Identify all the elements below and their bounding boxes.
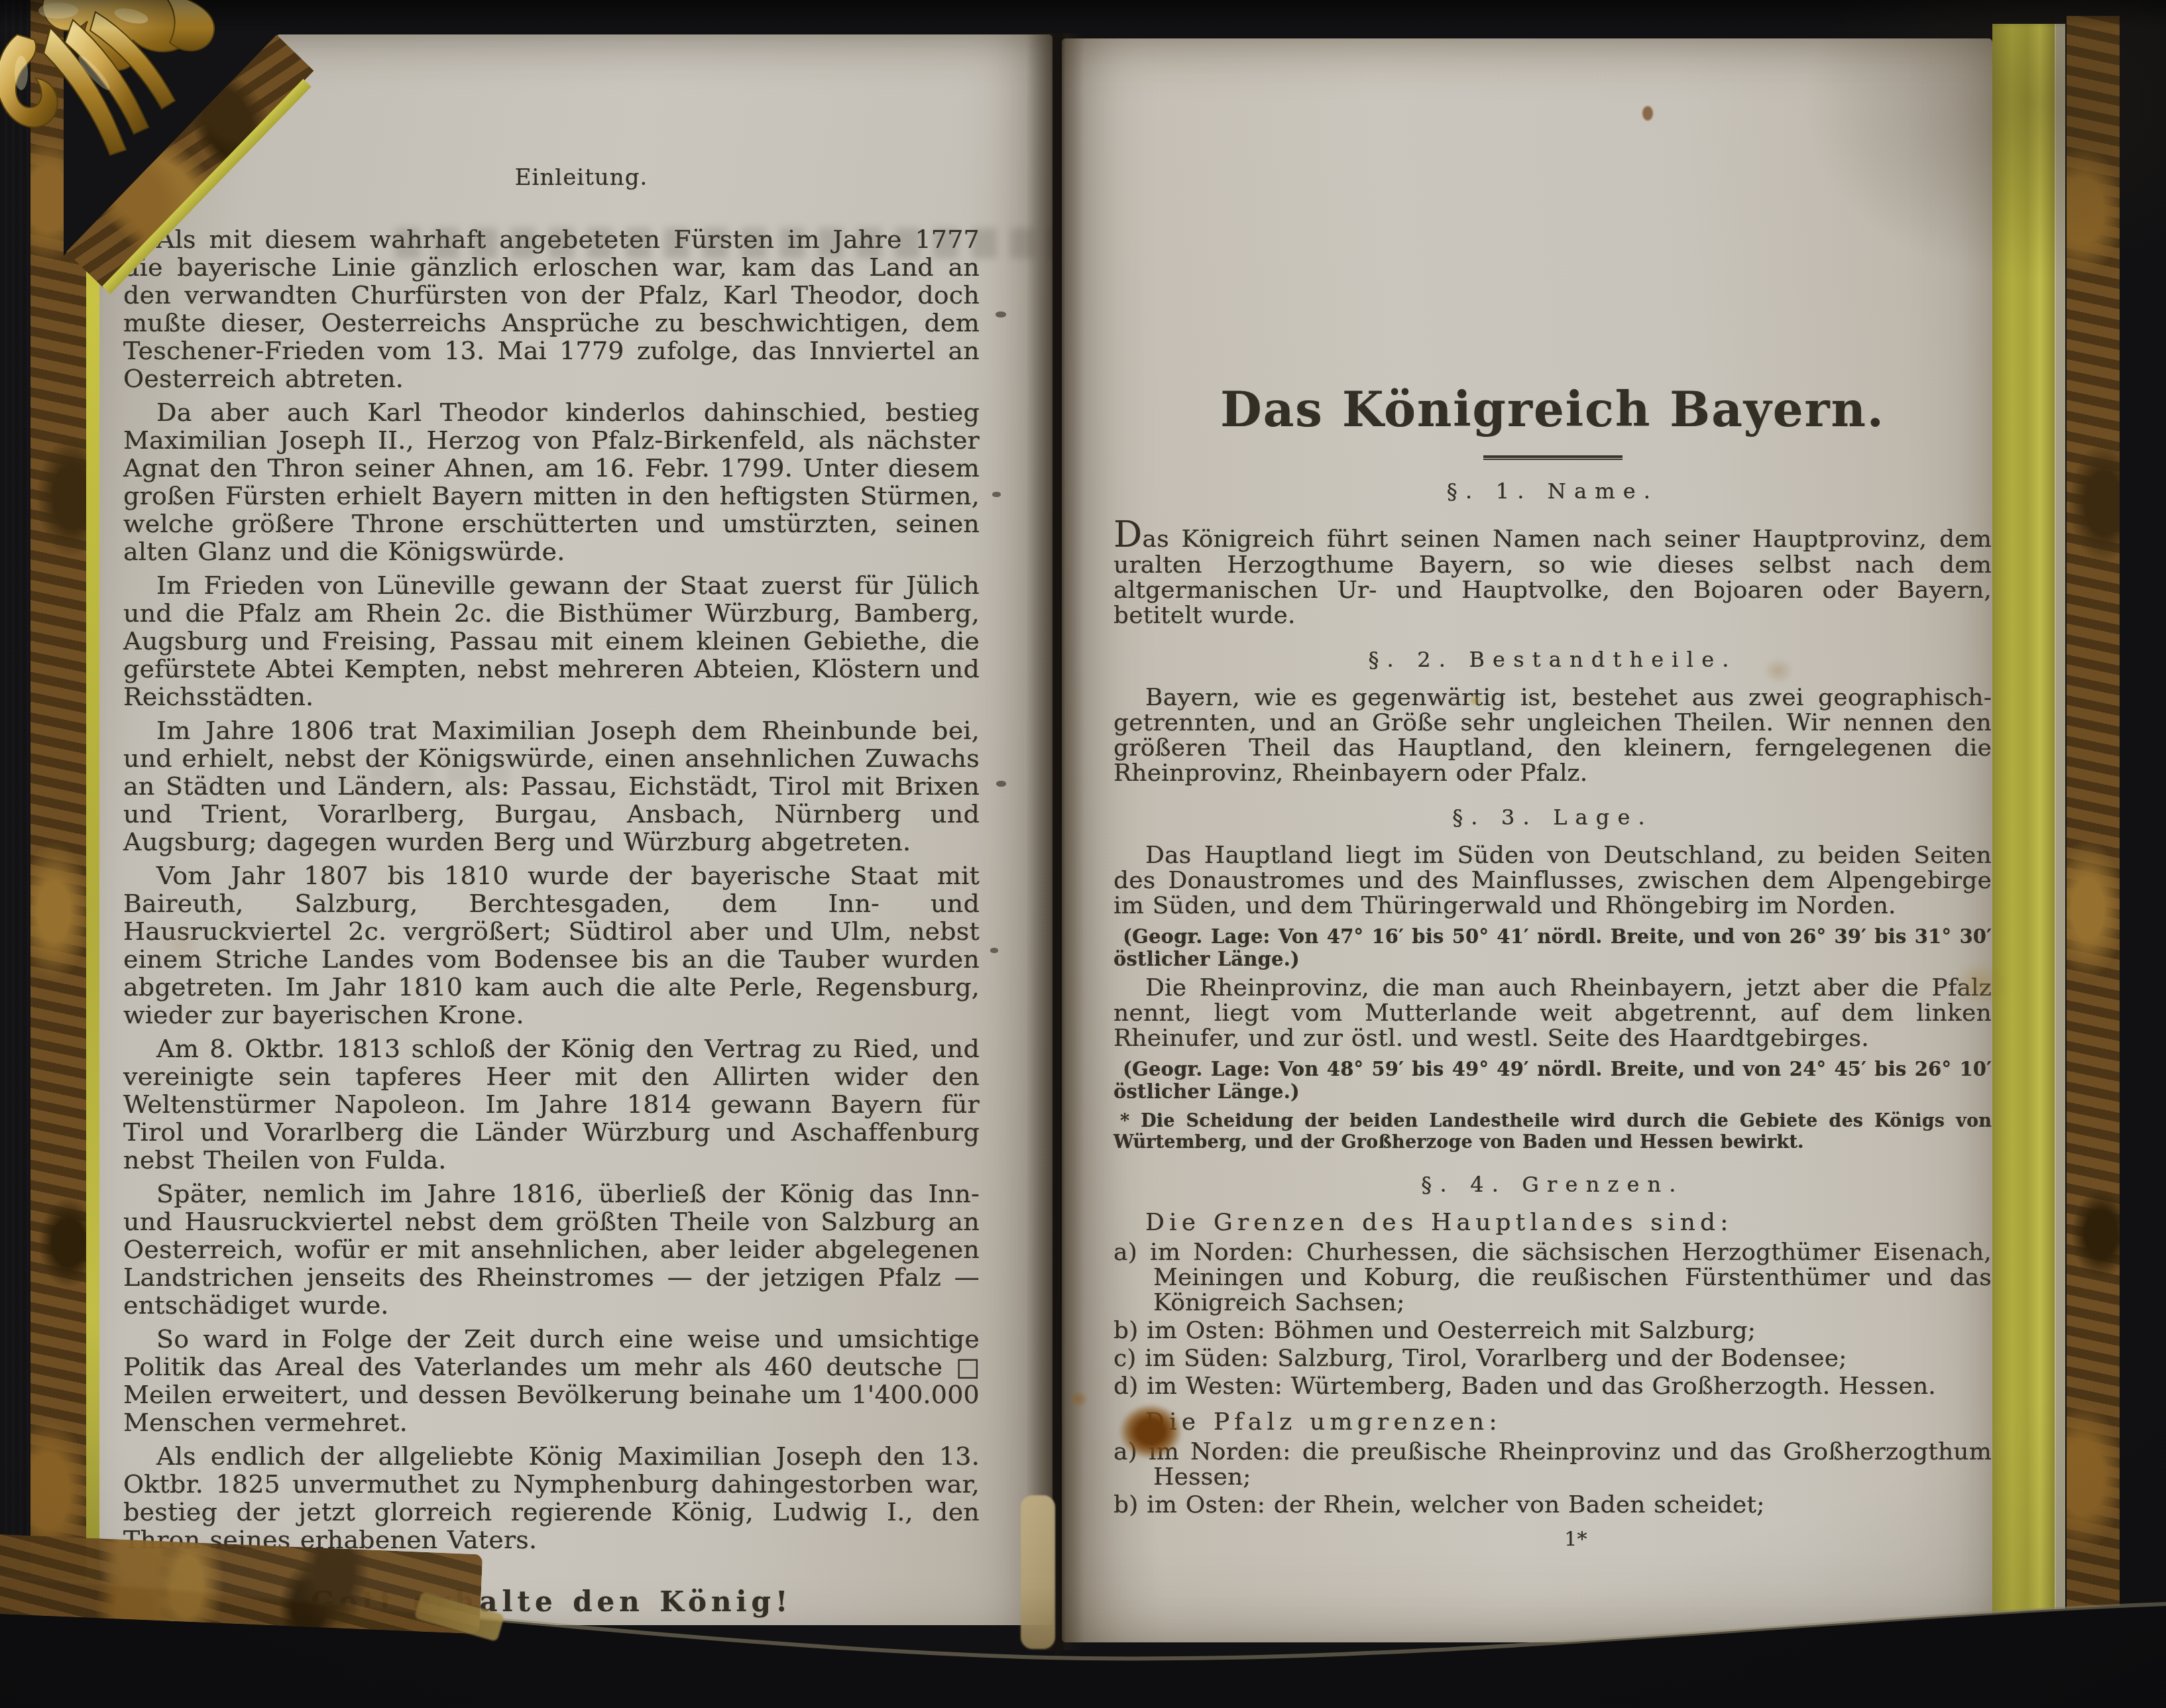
section-paragraph: Die Rheinprovinz, die man auch Rheinbaye…: [1113, 976, 1992, 1051]
title-rule: [1483, 455, 1623, 460]
stain: [1068, 1391, 1088, 1408]
chapter-title: Das Königreich Bayern.: [1113, 383, 1992, 435]
ink-speck: [990, 948, 998, 953]
section-paragraph: Bayern, wie es gegenwärtig ist, bestehet…: [1113, 685, 1992, 786]
list-intro: Die Pfalz umgrenzen:: [1113, 1410, 1992, 1435]
paragraph: Da aber auch Karl Theodor kinderlos dahi…: [123, 398, 980, 565]
list-item: a) im Norden: Churhessen, die sächsische…: [1113, 1240, 1992, 1316]
section-heading: §. 1. Name.: [1113, 479, 1992, 504]
clasp-ornament: [0, 0, 247, 212]
section-paragraph: Das Königreich führt seinen Namen nach s…: [1113, 517, 1992, 628]
signature-mark: 1*: [1160, 1527, 1992, 1552]
open-book-photo: 2 Einleitung. Als mit diesem wahrhaft an…: [0, 0, 2166, 1708]
list-intro: Die Grenzen des Hauptlandes sind:: [1113, 1210, 1992, 1235]
paragraph: Im Frieden von Lüneville gewann der Staa…: [123, 571, 980, 711]
list-item: d) im Westen: Würtemberg, Baden und das …: [1113, 1374, 1992, 1399]
list-item: c) im Süden: Salzburg, Tirol, Vorarlberg…: [1113, 1346, 1992, 1371]
gutter-line: [1055, 33, 1060, 1657]
paragraph: Vom Jahr 1807 bis 1810 wurde der bayeris…: [123, 862, 980, 1029]
stain: [1642, 106, 1653, 121]
ink-speck: [996, 781, 1006, 787]
right-fore-edge: [1992, 24, 2056, 1621]
left-page: 2 Einleitung. Als mit diesem wahrhaft an…: [99, 34, 1053, 1625]
stain: [158, 925, 204, 965]
stain: [1954, 962, 2007, 1006]
list-item: b) im Osten: der Rhein, welcher von Bade…: [1113, 1493, 1992, 1518]
list-item: b) im Osten: Böhmen und Oesterreich mit …: [1113, 1318, 1992, 1343]
stain: [1119, 1404, 1182, 1459]
footnote: * Die Scheidung der beiden Landestheile …: [1113, 1111, 1992, 1153]
right-page: Das Königreich Bayern. §. 1. Name. Das K…: [1062, 38, 1992, 1642]
gutter-endpaper: [1021, 1495, 1055, 1649]
section-heading: §. 4. Grenzen.: [1113, 1172, 1992, 1197]
page-header: 2 Einleitung.: [123, 164, 980, 191]
left-page-text: Als mit diesem wahrhaft angebeteten Fürs…: [123, 225, 980, 1622]
paragraph: Als mit diesem wahrhaft angebeteten Fürs…: [123, 225, 980, 392]
right-page-text: Das Königreich Bayern. §. 1. Name. Das K…: [1113, 383, 1992, 1552]
paragraph: So ward in Folge der Zeit durch eine wei…: [123, 1325, 980, 1436]
stain: [1467, 695, 1482, 707]
section-heading: §. 2. Bestandtheile.: [1113, 647, 1992, 672]
stain: [1763, 657, 1794, 684]
section-paragraph: Das Hauptland liegt im Süden von Deutsch…: [1113, 843, 1992, 919]
paragraph: Später, nemlich im Jahre 1816, überließ …: [123, 1180, 980, 1319]
ink-speck: [992, 492, 1001, 497]
paragraph: Im Jahre 1806 trat Maximilian Joseph dem…: [123, 716, 980, 856]
right-cover-edge: [2067, 16, 2120, 1640]
section-heading: §. 3. Lage.: [1113, 805, 1992, 830]
ink-speck: [366, 664, 372, 669]
list-item: a) im Norden: die preußische Rheinprovin…: [1113, 1440, 1992, 1490]
paragraph: Am 8. Oktbr. 1813 schloß der König den V…: [123, 1035, 980, 1174]
geo-note: (Geogr. Lage: Von 47° 16′ bis 50° 41′ nö…: [1113, 925, 1992, 970]
paragraph: Als endlich der allgeliebte König Maximi…: [123, 1442, 980, 1554]
ink-speck: [996, 312, 1006, 317]
geo-note: (Geogr. Lage: Von 48° 59′ bis 49° 49′ nö…: [1113, 1058, 1992, 1103]
right-fore-edge-highlight: [2055, 24, 2065, 1621]
running-header: Einleitung.: [183, 164, 980, 191]
